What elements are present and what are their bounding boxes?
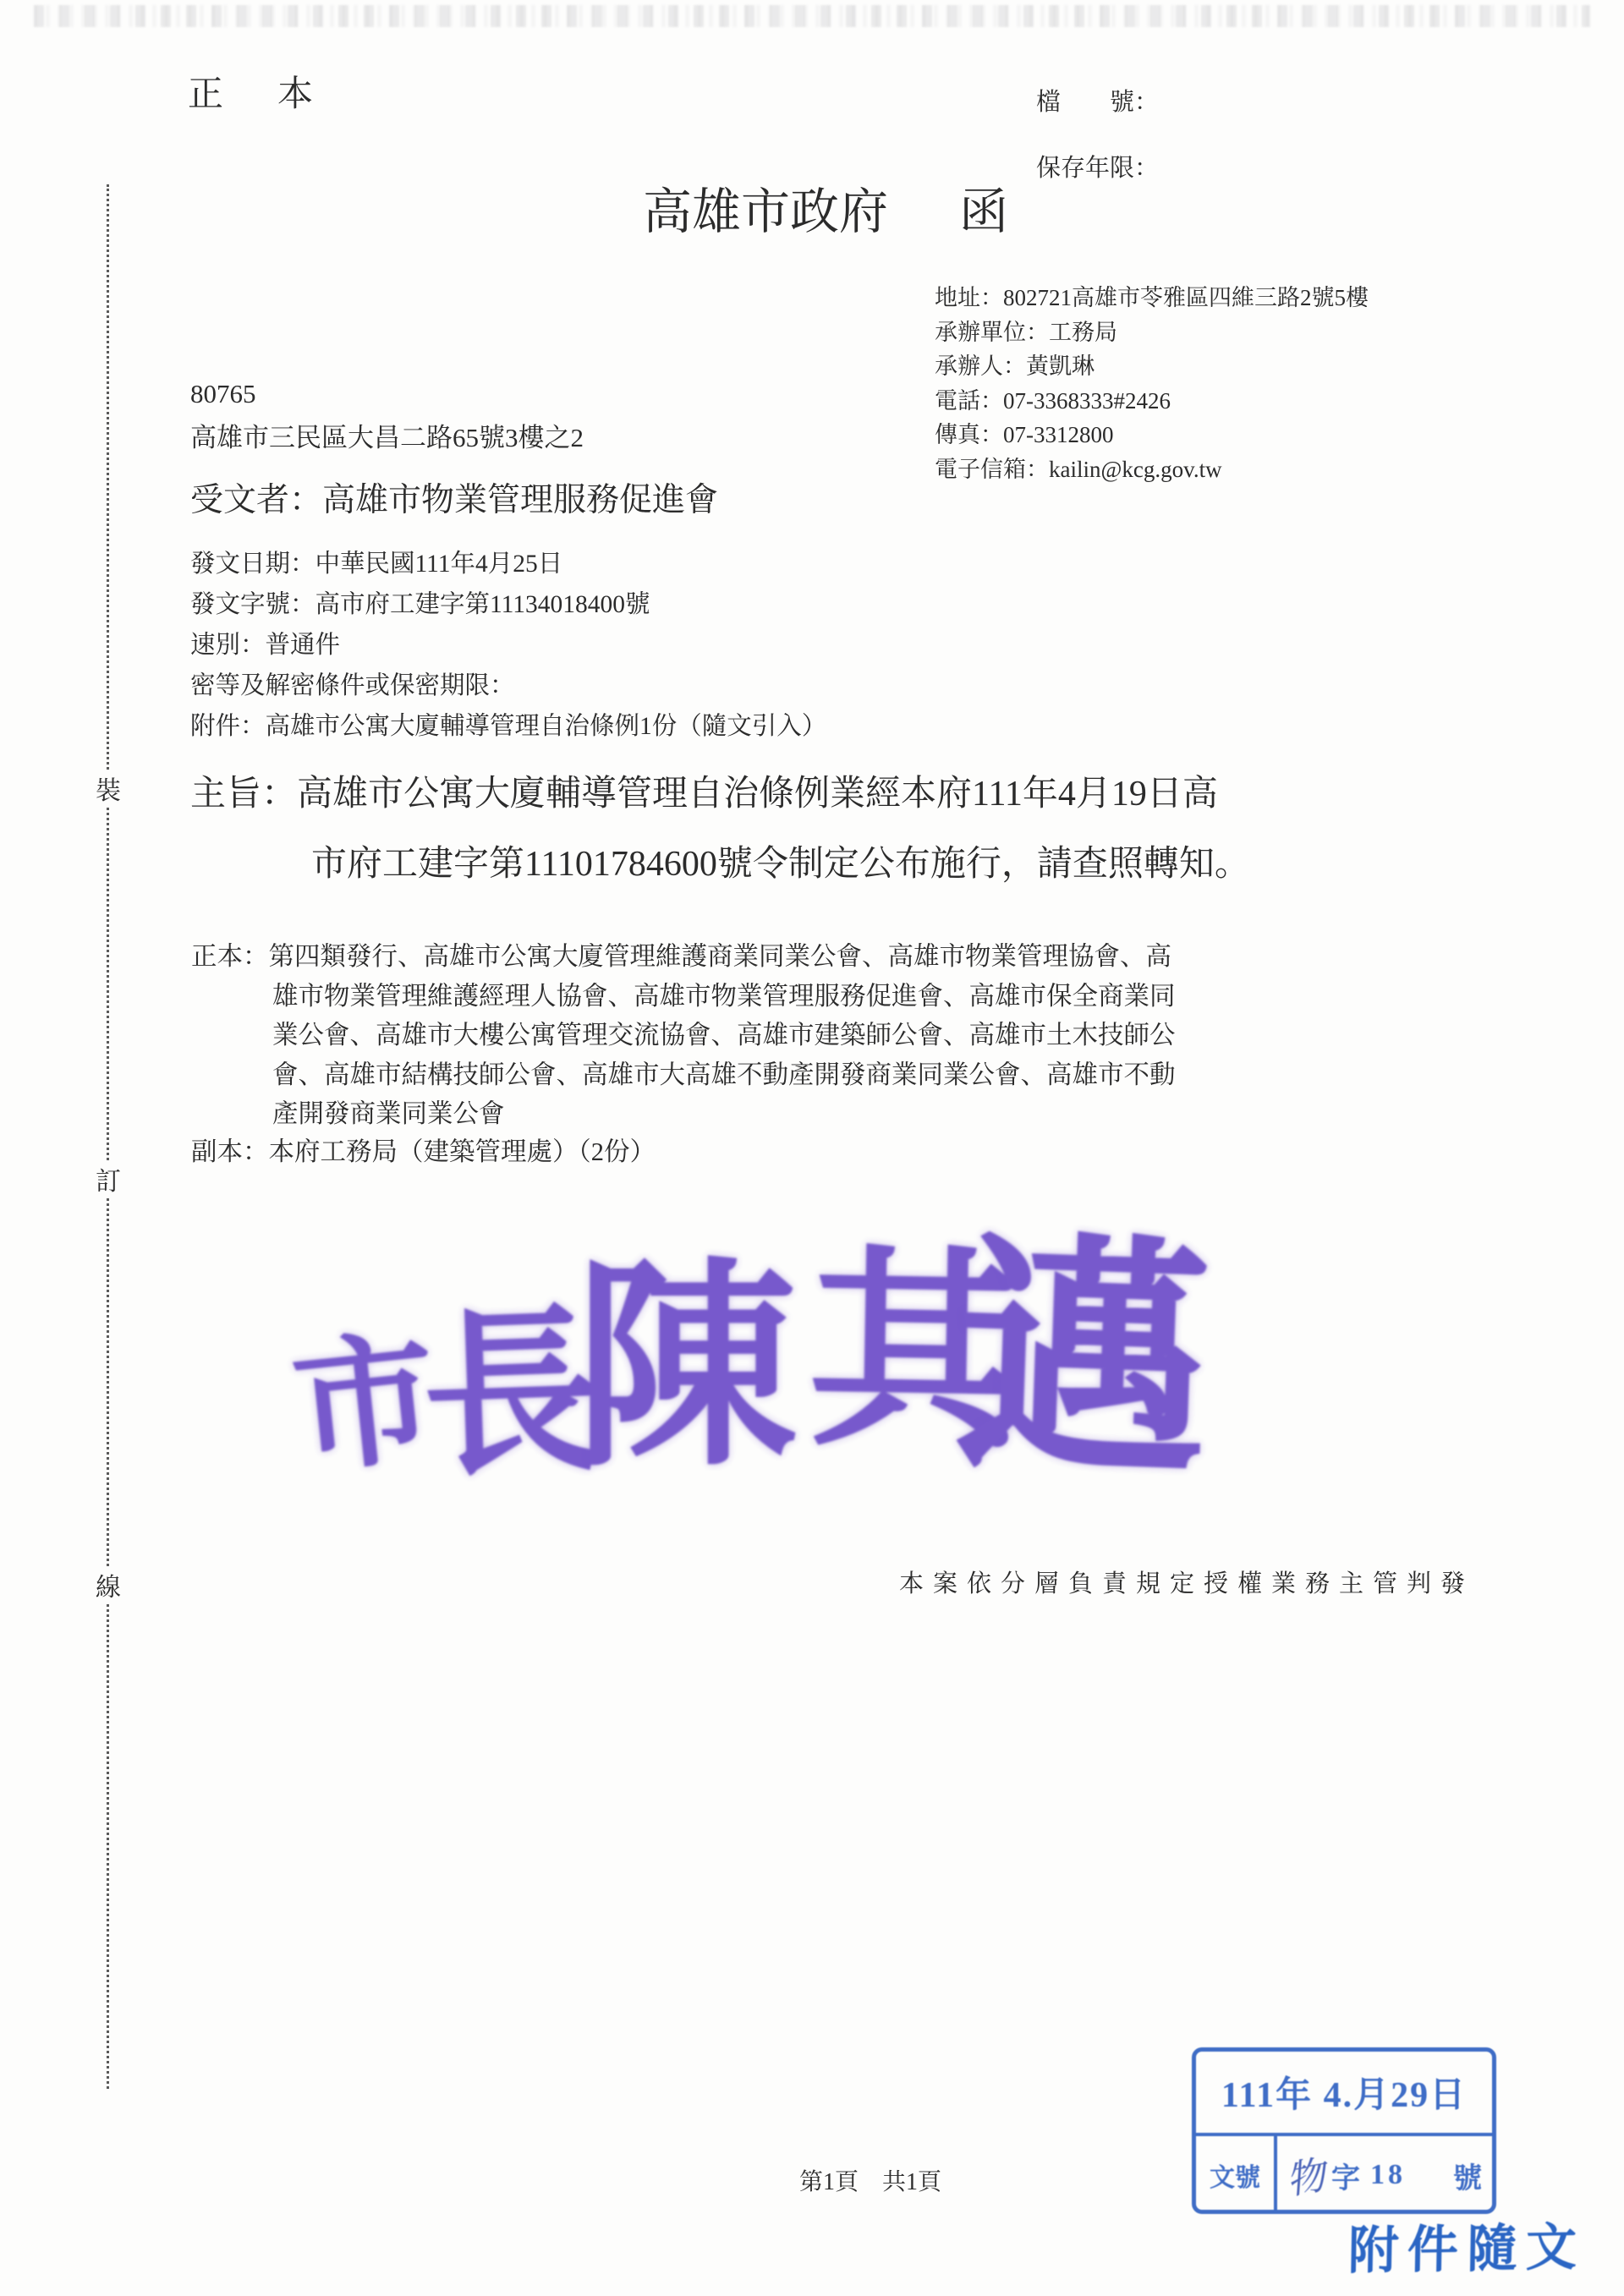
original-line: 產開發商業同業公會 xyxy=(272,1094,1176,1134)
stamp-handwritten-char: 物 xyxy=(1281,2145,1330,2206)
sender-fax: 傳真：07-3312800 xyxy=(935,418,1369,452)
copy-recipients-line: 副本：本府工務局（建築管理處）（2份） xyxy=(191,1131,656,1168)
original-line: 會、高雄市結構技師公會、高雄市大高雄不動產開發商業同業公會、高雄市不動 xyxy=(272,1055,1176,1095)
sender-unit: 承辦單位：工務局 xyxy=(935,315,1369,350)
subject-line-2: 市府工建字第11101784600號令制定公布施行，請查照轉知。 xyxy=(311,836,1250,886)
attachment-follows-stamp: 附件隨文 xyxy=(1347,2207,1586,2284)
stamp-number: 18 xyxy=(1370,2159,1406,2191)
retention-period-label: 保存年限： xyxy=(1036,149,1159,184)
stamp-doc-number-row: 文號 物 字 18 號 xyxy=(1196,2136,1492,2214)
stamp-doc-number-label: 文號 xyxy=(1196,2136,1277,2214)
speed-class: 速別：普通件 xyxy=(190,625,826,666)
sender-person: 承辦人：黃凱琳 xyxy=(935,349,1369,384)
original-recipients-block: 正本：第四類發行、高雄市公寓大廈管理維護商業同業公會、高雄市物業管理協會、高 雄… xyxy=(191,937,1176,1134)
scan-artifact-strip xyxy=(34,5,1590,27)
title-doc-type: 函 xyxy=(959,172,1008,243)
binding-mark-xian: 線 xyxy=(90,1566,127,1603)
signature-char: 邁 xyxy=(952,1230,1214,1493)
attachment-note: 附件：高雄市公寓大廈輔導管理自治條例1份（隨文引入） xyxy=(190,706,826,747)
signature-char: 市 xyxy=(288,1328,444,1484)
stamp-mid-char: 字 xyxy=(1331,2155,1360,2196)
original-line: 正本：第四類發行、高雄市公寓大廈管理維護商業同業公會、高雄市物業管理協會、高 xyxy=(191,937,1176,977)
title-agency: 高雄市政府 xyxy=(643,172,888,243)
binding-mark-zhuang: 裝 xyxy=(90,770,127,807)
signature-char: 陳 xyxy=(575,1258,797,1480)
document-meta-block: 發文日期：中華民國111年4月25日 發文字號：高市府工建字第111340184… xyxy=(190,544,826,747)
binding-mark-ding: 訂 xyxy=(90,1160,127,1197)
stamp-date: 111年 4.月29日 xyxy=(1196,2052,1492,2136)
original-line: 雄市物業管理維護經理人協會、高雄市物業管理服務促進會、高雄市保全商業同 xyxy=(272,977,1176,1016)
recipient-address: 高雄市三民區大昌二路65號3樓之2 xyxy=(190,416,584,454)
document-page: 正本 檔 號： 保存年限： 高雄市政府函 地址：802721高雄市苓雅區四維三路… xyxy=(0,0,1624,2296)
stamp-suffix-char: 號 xyxy=(1453,2155,1482,2196)
page-footer: 第1頁 共1頁 xyxy=(799,2163,941,2197)
sender-contact-block: 地址：802721高雄市苓雅區四維三路2號5樓 承辦單位：工務局 承辦人：黃凱琳… xyxy=(935,281,1369,486)
sender-address: 地址：802721高雄市苓雅區四維三路2號5樓 xyxy=(935,281,1369,315)
original-line: 業公會、高雄市大樓公寓管理交流協會、高雄市建築師公會、高雄市土木技師公 xyxy=(272,1016,1176,1055)
file-number-label: 檔 號： xyxy=(1036,83,1159,118)
issue-date: 發文日期：中華民國111年4月25日 xyxy=(190,544,826,584)
mayor-signature-stamp: 市 長 陳 其 邁 xyxy=(294,1235,1225,1526)
document-title: 高雄市政府函 xyxy=(643,172,1008,243)
sender-email: 電子信箱：kailin@kcg.gov.tw xyxy=(935,452,1369,487)
issue-number: 發文字號：高市府工建字第11134018400號 xyxy=(190,584,826,625)
received-date-stamp: 111年 4.月29日 文號 物 字 18 號 xyxy=(1192,2047,1496,2214)
stamp-doc-number-value: 物 字 18 號 xyxy=(1277,2136,1492,2214)
title-gap xyxy=(888,172,959,243)
binding-dotted-line xyxy=(107,184,109,2089)
authorization-note: 本案依分層負責規定授權業務主管判發 xyxy=(899,1564,1474,1599)
recipient-zip: 80765 xyxy=(190,379,256,409)
subject-line-1: 主旨：高雄市公寓大廈輔導管理自治條例業經本府111年4月19日高 xyxy=(190,765,1218,816)
copy-type-label: 正本 xyxy=(188,66,367,117)
security-class: 密等及解密條件或保密期限： xyxy=(190,666,826,706)
sender-phone: 電話：07-3368333#2426 xyxy=(935,384,1369,419)
recipient-line: 受文者：高雄市物業管理服務促進會 xyxy=(190,474,718,521)
